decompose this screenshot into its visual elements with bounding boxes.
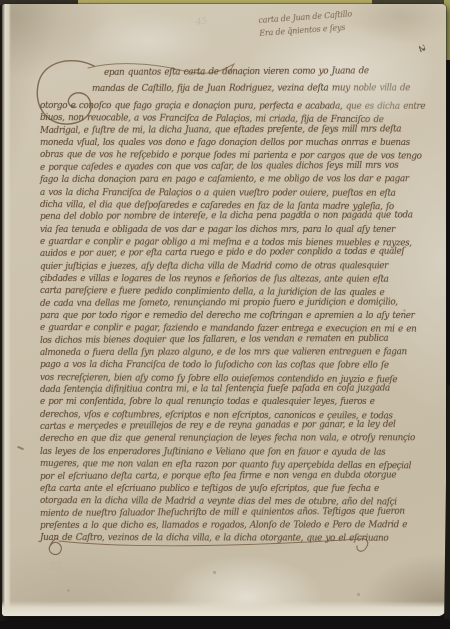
paper-bottom-edge	[2, 601, 446, 616]
manuscript-line: fago la dicha donaçion para en pago e ca…	[40, 174, 436, 186]
manuscript-line: auidos e por auer, e por eſta carta rueg…	[40, 247, 436, 260]
manuscript-line: para que por todo rigor e remedio del de…	[40, 311, 436, 322]
manuscript-line: los dichos mis bienes doquier que los fa…	[40, 333, 436, 346]
paper-specks	[2, 4, 3, 5]
faint-top-center-mark: 45	[195, 16, 208, 27]
manuscript-line: miento de nueſtro ſaluador Iheſuchriſto …	[40, 506, 436, 519]
manuscript-line: çibdades e villas e logares de los reyno…	[40, 274, 436, 286]
manuscript-line: cartas e merçedes e preuillejos de rey e…	[40, 420, 436, 433]
manuscript-line: e por mi conſentida, ſobre lo qual renun…	[40, 397, 436, 408]
manuscript-line: dada ſentençia difinitiua contra mi, e l…	[40, 383, 436, 396]
manuscript-line: las leyes de los enperadores Juſtiniano …	[40, 447, 436, 459]
archivist-note: carta de Juan de Caſtillo Era de q̃nient…	[258, 4, 399, 40]
manuscript-line: mandas de Caſtillo, fija de Juan Rodrigu…	[92, 83, 436, 95]
manuscript-line: moneda vſual, los quales vos dono e fago…	[40, 138, 436, 149]
manuscript-line: via ſea tenuda e obligada de vos dar e p…	[40, 225, 436, 236]
manuscript-line: epan quantos eſta carta de donaçion vier…	[104, 66, 436, 79]
manuscript-paper: 45 2 55 carta de Juan de Caſtillo Era de…	[2, 4, 446, 616]
scanned-page: 45 2 55 carta de Juan de Caſtillo Era de…	[0, 0, 450, 629]
manuscript-line: derecho en que diz que general renunçiaç…	[40, 434, 436, 446]
folio-number-mark: 2	[417, 44, 427, 54]
paper-left-edge	[2, 4, 11, 616]
manuscript-line: Madrigal, e ſuſtre de mi, la dicha Juana…	[40, 124, 436, 137]
faint-bottom-left-mark: 55	[50, 562, 61, 572]
manuscript-line: de cada vna dellas me ſometo, renunçiand…	[40, 297, 436, 310]
margin-dash-mark	[17, 446, 24, 451]
manuscript-line: quier juſtiçias e juezes, aſy deſta dich…	[40, 261, 436, 273]
manuscript-line: almoneda o fuera della ſyn plazo alguno,…	[40, 347, 436, 359]
manuscript-line: otorgo e conoſco que fago graçia e donaç…	[40, 101, 436, 113]
background-band-bottom	[0, 616, 450, 629]
manuscript-line: por el eſcriuano deſta carta, e porque e…	[40, 470, 436, 483]
manuscript-line: a vos la dicha Franciſca de Palaçios o a…	[40, 188, 436, 200]
manuscript-text: epan quantos eſta carta de donaçion vier…	[40, 64, 438, 544]
manuscript-line: pago a vos la dicha Franciſca de todo lo…	[40, 360, 436, 372]
manuscript-line: pena del doblo por nombre de intereſe, e…	[40, 210, 436, 223]
closing-rubric-flourish	[42, 528, 387, 562]
manuscript-line: e porque caſedes e ayades con que vos ca…	[40, 160, 436, 173]
manuscript-line: eſta carta ante el eſcriuano publico e t…	[40, 484, 436, 495]
